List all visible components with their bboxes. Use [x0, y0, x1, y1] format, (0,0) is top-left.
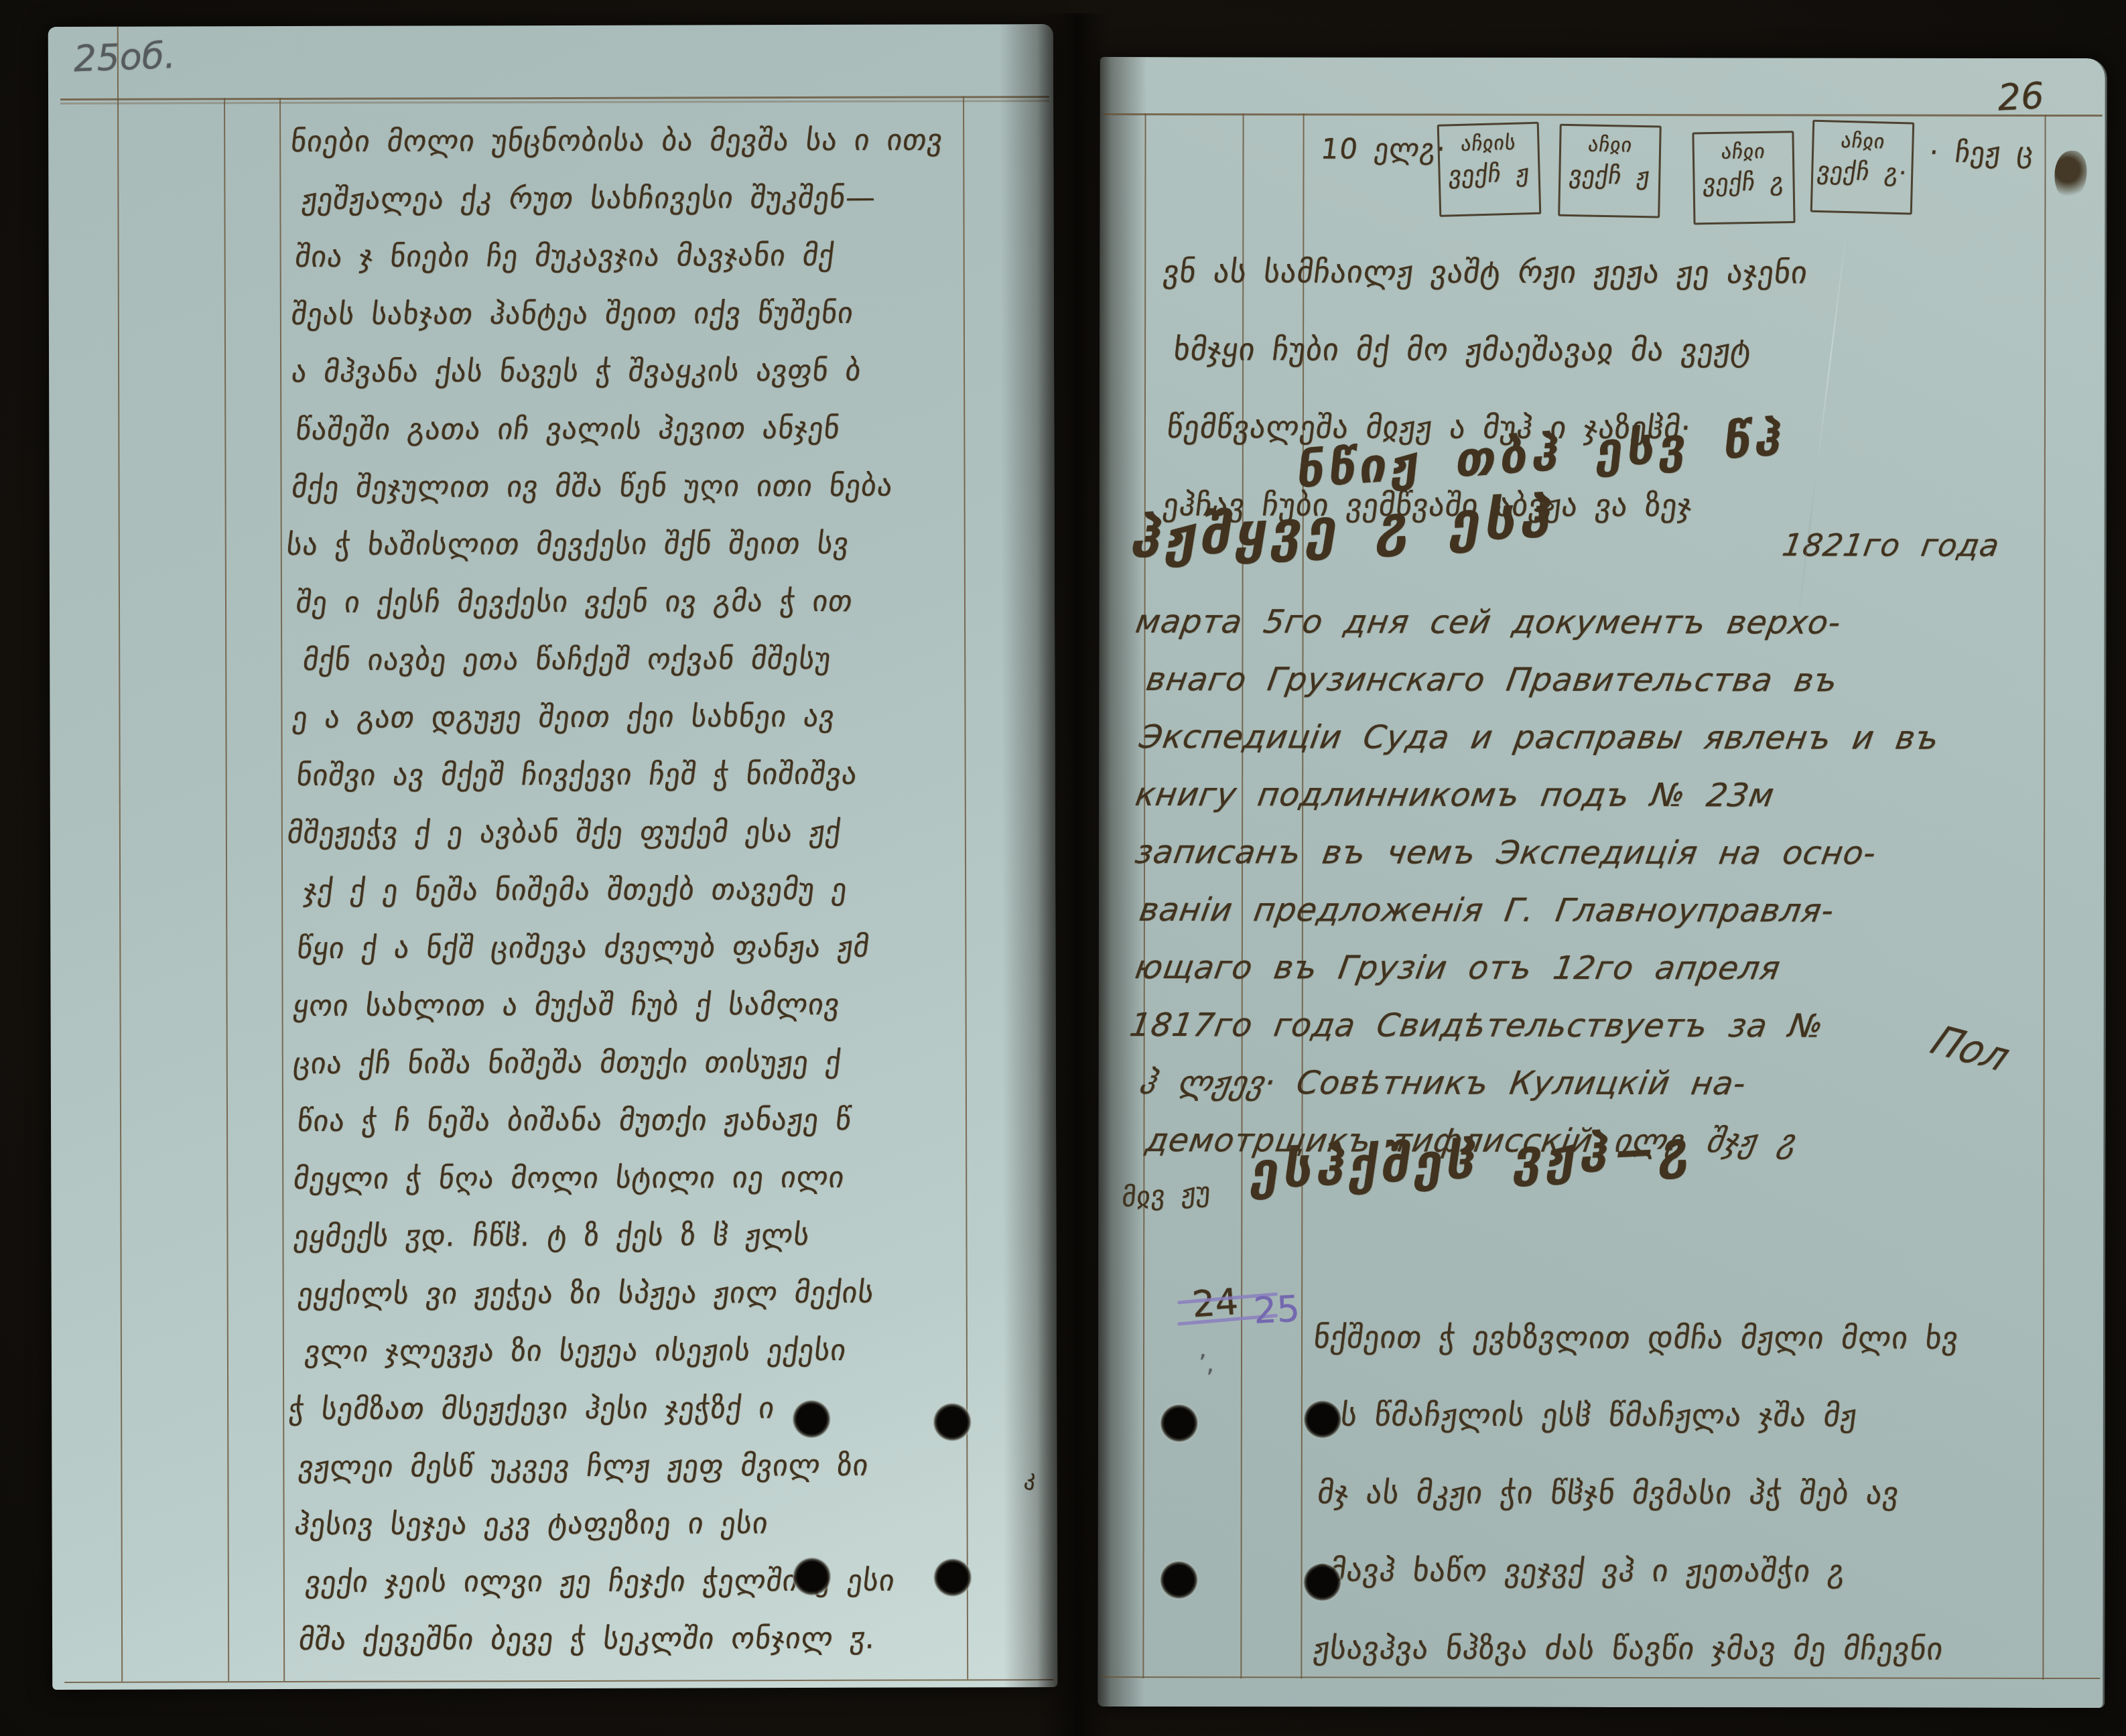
- stamp-text: ვექჩ ჷ·: [1810, 154, 1914, 192]
- stamp-text: ვექჩ ჷ: [1693, 165, 1795, 201]
- georgian-handwriting-line: ვექი ჯეის ილვი ჟე ჩეჯქი ჭელში ე ესი: [302, 1552, 1032, 1611]
- stamp-box: აჩჲის ვექჩ ჟ: [1437, 122, 1542, 217]
- georgian-handwriting-line: წია ჭ ჩ ნეშა ბიშანა მუთქი ჟანაჟე წ: [294, 1091, 1031, 1150]
- georgian-handwriting-line: ვნ ას სამჩაილჟ ვაშტ რჟი ჟეჟა ჟე აჯენი: [1158, 232, 2039, 312]
- manuscript-scan-background: 25об. ნიები მოლი უნცნობისა ბა მევშა სა ი…: [0, 0, 2126, 1736]
- right-page-georgian-bottom-block: ნქშეით ჭ ევხზვლით დმჩა მჟლი მლი ხვას წმა…: [1313, 1298, 2105, 1688]
- georgian-handwriting-line: ა მჰვანა ქას ნავეს ჭ შვაყკის ავფნ ბ: [288, 342, 1028, 401]
- punch-hole: [1160, 1404, 1199, 1443]
- signature-prefix: მჲვ ჟუ: [1121, 1177, 1212, 1213]
- georgian-handwriting-line: ნიშვი ავ მქეშ ჩივქევი ჩეშ ჭ ნიშიშვა: [293, 745, 1030, 805]
- georgian-handwriting-line: ნქშეით ჭ ევხზვლით დმჩა მჟლი მლი ხვ: [1309, 1298, 2109, 1377]
- georgian-handwriting-line: ემავჰ ხაწო ვეჯვქ ვჰ ი ჟეთაშჭი ჷ: [1309, 1531, 2109, 1610]
- russian-date-line: 1821го года: [1780, 527, 2002, 563]
- georgian-handwriting-line: შე ი ქესჩ მევქესი ვქენ ივ გმა ჭ ით: [293, 572, 1029, 632]
- georgian-handwriting-line: წყი ქ ა ნქშ ციშევა ძველუბ ფანჟა ჟმ: [293, 918, 1030, 978]
- georgian-handwriting-line: მშა ქევეშნი ბევე ჭ სეკლში ონჯილ ჳ.: [295, 1609, 1032, 1669]
- stamp-text: აჩჲი: [1559, 131, 1661, 160]
- georgian-handwriting-line: ე ა გათ დგუჟე შეით ქეი სახნეი ავ: [289, 687, 1029, 747]
- georgian-handwriting-line: მქე შეჯულით ივ მშა წენ უღი ითი ნება: [288, 457, 1028, 517]
- georgian-handwriting-line: ჰესივ სეჯეა ეკვ ტაფეზიე ი ესი: [291, 1494, 1031, 1554]
- georgian-handwriting-line: ვლი ჯლევჟა ზი სეჟეა ისეჟის ექესი: [302, 1321, 1031, 1381]
- left-page: 25об. ნიები მოლი უნცნობისა ბა მევშა სა ი…: [48, 24, 1057, 1690]
- georgian-handwriting-line: ცია ქჩ ნიშა ნიშეშა მთუქი თისუჟე ქ: [290, 1033, 1031, 1093]
- georgian-handwriting-line: ვჟლეი მესწ უკვევ ჩლჟ ჟეფ მვილ ზი: [295, 1437, 1031, 1496]
- georgian-handwriting-line: ნიები მოლი უნცნობისა ბა მევშა სა ი ითვ: [287, 111, 1028, 171]
- top-ruled-line: [60, 96, 1049, 101]
- header-suffix: · ჩეჟ ც: [1927, 136, 2036, 169]
- margin-number-current: 25: [1253, 1288, 1301, 1332]
- punch-hole: [1303, 1562, 1342, 1601]
- russian-handwriting-line: 1817го года Свидѣтельствуетъ за №: [1126, 996, 2052, 1055]
- russian-handwriting-line: марта 5го дня сей документъ верхо-: [1132, 593, 2052, 652]
- georgian-handwriting-line: ჟსავჰვა ნჰზვა ძას წავწი ჯმავ მე მჩევნი: [1309, 1609, 2109, 1688]
- catchword-mark: კ: [1023, 1464, 1037, 1491]
- folio-label: 25об.: [73, 34, 176, 80]
- georgian-handwriting-line: ას წმაჩჟლის ესჱ წმაჩჟლა ჯშა მჟ: [1320, 1376, 2109, 1455]
- stamp-box: აჩჲი ვექჩ ჷ: [1692, 131, 1795, 224]
- ink-blot-stain: [2054, 151, 2086, 199]
- georgian-handwriting-line: მჯ ას მკჟი ჭი წჱჯნ მვმასი ჰჭ შებ ავ: [1313, 1453, 2109, 1532]
- left-page-text-block: ნიები მოლი უნცნობისა ბა მევშა სა ი ითვჟე…: [291, 111, 1028, 1669]
- punch-hole: [792, 1400, 831, 1439]
- left-margin-rule-outer: [117, 27, 123, 1682]
- russian-handwriting-line: книгу подлинникомъ подъ № 23м: [1131, 766, 2052, 825]
- stamp-text: ვექჩ ჟ: [1558, 158, 1661, 195]
- georgian-handwriting-line: ჟეშჟალეა ქკ რუთ სახჩივესი შუკშენ—: [298, 169, 1028, 228]
- georgian-handwriting-line: წაშეში გათა იჩ ვალის ჰევით ანჯენ: [292, 399, 1028, 459]
- punch-hole: [933, 1558, 972, 1597]
- left-margin-rule-mid: [224, 98, 229, 1681]
- pencil-tick-marks: ʼ,: [1199, 1350, 1214, 1378]
- page-number: 26: [1997, 74, 2045, 119]
- stamp-text: აჩჲი: [1693, 138, 1794, 166]
- russian-handwriting-line: записанъ въ чемъ Экспедицiя на осно-: [1131, 823, 2052, 882]
- georgian-handwriting-line: ეყმექს ჳდ. ჩწჱ. ტ ზ ქეს ზ ჱ ჟლს: [290, 1206, 1031, 1266]
- georgian-handwriting-line: ეყქილს ვი ჟეჭეა ზი სპჟეა ჟილ მექის: [295, 1264, 1031, 1323]
- punch-hole: [793, 1557, 832, 1596]
- stamp-box: აჩჲი ვექჩ ჟ: [1558, 124, 1662, 218]
- russian-handwriting-line: ჰ ლჟევ· Совѣтникъ Кулицкiй на-: [1135, 1054, 2052, 1113]
- right-page: 26 10 ელჷ· აჩჲის ვექჩ ჟ აჩჲი ვექჩ ჟ აჩჲი…: [1098, 57, 2107, 1708]
- punch-hole: [933, 1402, 972, 1441]
- stamp-box: აჩჲი ვექჩ ჷ·: [1810, 120, 1915, 215]
- punch-hole: [1160, 1560, 1199, 1599]
- punch-hole: [1303, 1400, 1342, 1439]
- georgian-handwriting-line: შეას სახჯათ ჰანტეა შეით იქვ წუშენი: [288, 284, 1028, 344]
- bottom-ruled-line: [64, 1679, 1053, 1683]
- stamp-text: ვექჩ ჟ: [1439, 156, 1540, 194]
- header-prefix: 10 ელჷ·: [1319, 132, 1447, 165]
- georgian-handwriting-line: ჯქ ქ ე ნეშა ნიშემა შთექბ თავემუ ე: [300, 860, 1030, 920]
- georgian-handwriting-line: მქნ იავბე ეთა წაჩქეშ ოქვან მშესუ: [300, 630, 1029, 689]
- georgian-handwriting-line: ჭ სემზათ მსეჟქევი ჰესი ჯეჭზქ ი: [285, 1379, 1031, 1439]
- stamp-text: აჩჲი: [1812, 127, 1914, 157]
- top-ruled-line: [1103, 113, 2103, 117]
- georgian-handwriting-line: შია ჯ ნიები ჩე მუკავჯია მავჯანი მქ: [291, 226, 1028, 286]
- russian-handwriting-line: ющаго въ Грузiи отъ 12го апреля: [1131, 939, 2052, 998]
- georgian-handwriting-line: ყოი სახლით ა მუქაშ ჩუბ ქ სამლივ: [289, 976, 1030, 1035]
- georgian-handwriting-line: მეყლი ჭ ნღა მოლი სტილი იე ილი: [290, 1148, 1031, 1208]
- georgian-handwriting-line: მშეჟეჭვ ქ ე ავბან შქე ფუქემ ესა ჟქ: [284, 803, 1030, 862]
- binding-gutter-shadow: [1037, 13, 1111, 1736]
- georgian-handwriting-line: ხმჯყი ჩუბი მქ მო ჟმაეშავაჲ მა ვეჟტ: [1169, 310, 2039, 389]
- georgian-handwriting-line: სა ჭ ხაშისლით მევქესი შქნ შეით სვ: [283, 515, 1029, 574]
- russian-handwriting-line: внаго Грузинскаго Правительства въ: [1142, 651, 2052, 710]
- stamp-text: აჩჲის: [1439, 129, 1539, 159]
- russian-handwriting-line: Экспедицiи Суда и расправы явленъ и въ: [1135, 708, 2052, 767]
- left-margin-rule-inner: [279, 98, 285, 1681]
- russian-handwriting-line: ванiи предложенiя Г. Главноуправля-: [1135, 881, 2052, 940]
- russian-certification-block: марта 5го дня сей документъ верхо-внаго …: [1135, 593, 2047, 1171]
